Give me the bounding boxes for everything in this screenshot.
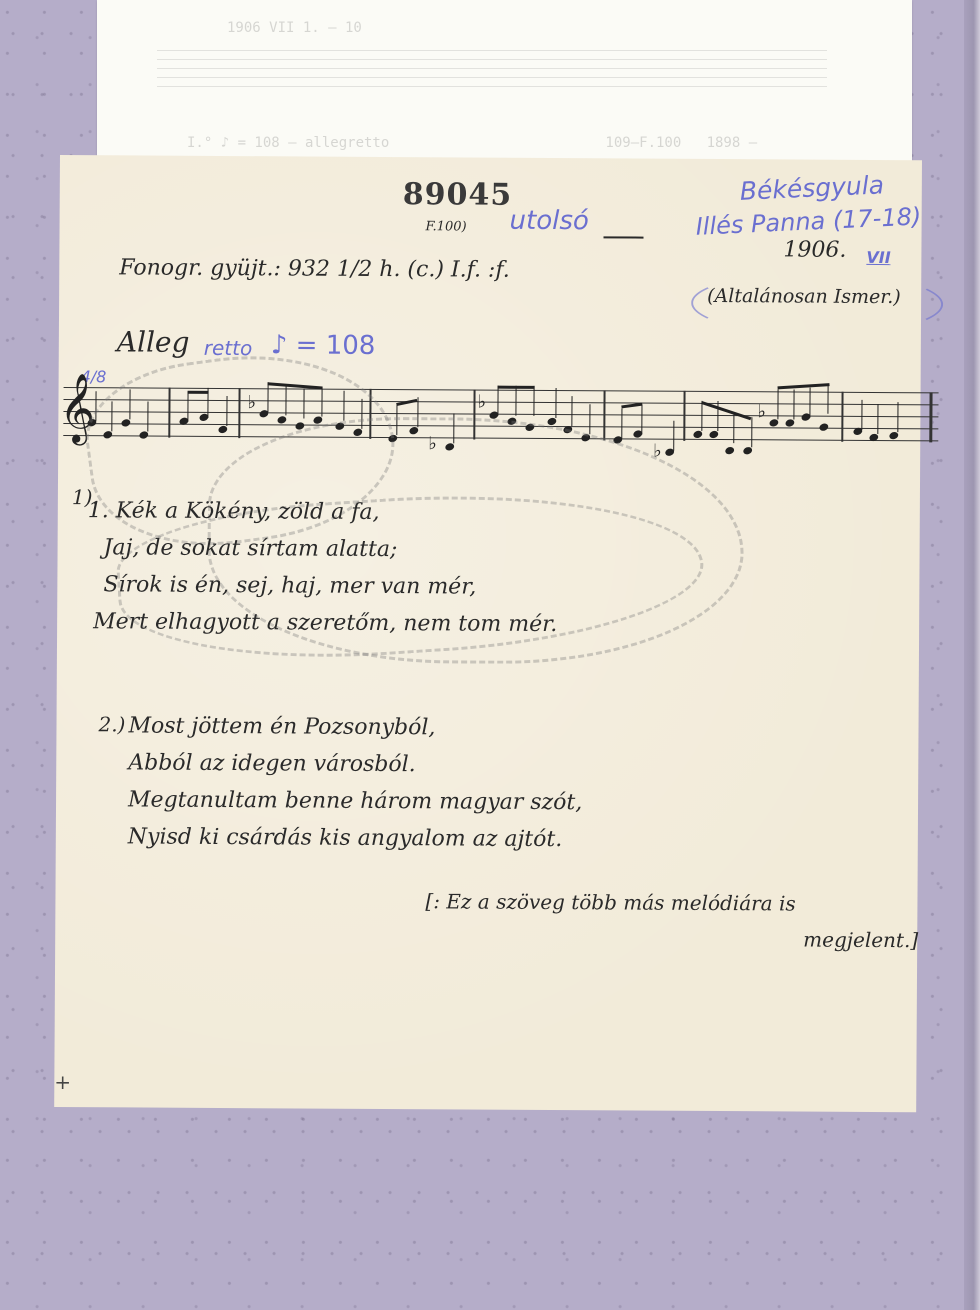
month-note: VII [866, 248, 890, 267]
singer-note: Illés Panna (17-18) [695, 202, 922, 240]
bar-line [238, 388, 240, 438]
verse2-text: Most jöttem én Pozsonyból, Abból az ideg… [128, 707, 583, 858]
slip-ghost-text: 1906 VII 1. — 10 [227, 20, 362, 36]
music-staff: 𝄞 ♭ ♭ ♭ [63, 387, 938, 448]
slip-ghost-text: 109—F.100 1898 — [597, 135, 757, 151]
bar-line [473, 390, 475, 440]
verse1-line: Mert elhagyott a szeretőm, nem tom mér. [87, 603, 557, 643]
phonograph-collection-line: Fonogr. gyüjt.: 932 1/2 h. (c.) I.f. :f. [119, 255, 510, 282]
slip-ghost-staff [157, 50, 827, 90]
tempo-marking: Alleg [117, 325, 190, 358]
mounting-board-edge [964, 0, 980, 1310]
bar-line [168, 388, 170, 438]
blue-bracket-mark [691, 271, 943, 337]
verse2-line: Nyisd ki csárdás kis angyalom az ajtót. [128, 818, 582, 858]
verse1-line: Jaj, de sokat sírtam alatta; [87, 529, 557, 569]
verse2-line: Most jöttem én Pozsonyból, [128, 707, 582, 747]
bar-line [603, 390, 605, 440]
verse1-text: 1. Kék a Kökény, zöld a fa, Jaj, de soka… [87, 492, 558, 643]
flat-sign: ♭ [247, 392, 256, 413]
tempo-marking-correction: retto [204, 336, 253, 360]
bar-line [841, 392, 843, 442]
footnote-line2: megjelent.] [803, 928, 918, 953]
flat-sign: ♭ [477, 392, 486, 413]
flat-sign: ♭ [428, 433, 437, 454]
slip-ghost-text: I.° ♪ = 108 — allegretto [187, 135, 389, 151]
flat-sign: ♭ [653, 441, 662, 462]
corner-plus-mark: + [54, 1070, 71, 1094]
final-bar-line [929, 392, 932, 442]
verse2-line: Megtanultam benne három magyar szót, [128, 781, 582, 821]
reference-number: F.100) [426, 219, 467, 234]
metronome-mark: ♪ = 108 [271, 330, 376, 361]
verse1-line: Sírok is én, sej, haj, mer van mér, [87, 566, 557, 606]
dash-mark [604, 236, 644, 238]
verse2-line: Abból az idegen városból. [128, 744, 582, 784]
manuscript-sheet: 89045 F.100) utolsó Békésgyula Illés Pan… [54, 155, 922, 1112]
inventory-number-stamp: 89045 [403, 177, 513, 213]
blue-note-last: utolsó [510, 206, 589, 236]
treble-clef-icon: 𝄞 [59, 373, 95, 443]
footnote-line1: [: Ez a szöveg több más melódiára is [425, 889, 795, 915]
year-note: 1906. [783, 237, 846, 262]
verse2-label: 2.) [98, 712, 125, 736]
bar-line [369, 389, 371, 439]
place-note: Békésgyula [739, 170, 884, 206]
flat-sign: ♭ [757, 401, 766, 422]
bar-line [683, 391, 685, 441]
verse1-line: 1. Kék a Kökény, zöld a fa, [88, 492, 558, 532]
